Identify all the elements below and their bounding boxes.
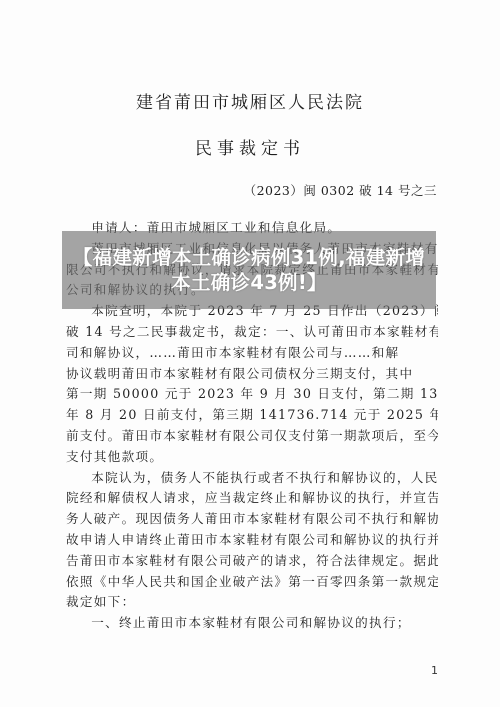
page-number: 1 [431,664,438,677]
case-number: （2023）闽 0302 破 14 号之三 [244,181,437,199]
headline-text: 【福建新增本土确诊病例31例,福建新增本土确诊43例!】 [62,245,436,295]
body-line: 协议载明莆田市本家鞋材有限公司债权分三期支付，其中 [66,364,438,385]
body-line: 故申请人申请终止莆田市本家鞋材有限公司和解协议的执行并宣 [66,530,438,551]
headline-overlay-banner: 【福建新增本土确诊病例31例,福建新增本土确诊43例!】 [62,231,436,309]
body-line: 院经和解债权人请求，应当裁定终止和解协议的执行，并宣告债 [66,488,438,509]
body-line: 第一期 50000 元于 2023 年 9 月 30 日支付，第二期 13000… [66,384,438,405]
body-line: 支付其他款项。 [66,447,438,468]
body-line: 务人破产。现因债务人莆田市本家鞋材有限公司不执行和解协议， [66,509,438,530]
body-line: 裁定如下： [66,592,438,613]
body-line: 本院认为，债务人不能执行或者不执行和解协议的，人民法 [66,468,438,489]
body-line: 依照《中华人民共和国企业破产法》第一百零四条第一款规定， [66,572,438,593]
body-line: 年 8 月 20 日前支付，第三期 141736.714 元于 2025 年 8… [66,405,438,426]
ruling-item-1: 一、终止莆田市本家鞋材有限公司和解协议的执行； [66,613,438,634]
court-title: 建省莆田市城厢区人民法院 [0,88,500,113]
document-page: 建省莆田市城厢区人民法院 民事裁定书 （2023）闽 0302 破 14 号之三… [0,0,500,707]
body-line: 司和解协议，……莆田市本家鞋材有限公司与……和解 [66,343,438,364]
body-line: 告莆田市本家鞋材有限公司破产的请求，符合法律规定。据此， [66,551,438,572]
document-type-title: 民事裁定书 [0,134,500,159]
body-line: 破 14 号之二民事裁定书，裁定：一、认可莆田市本家鞋材有限公 [66,322,438,343]
body-line: 前支付。莆田市本家鞋材有限公司仅支付第一期款项后，至今未 [66,426,438,447]
